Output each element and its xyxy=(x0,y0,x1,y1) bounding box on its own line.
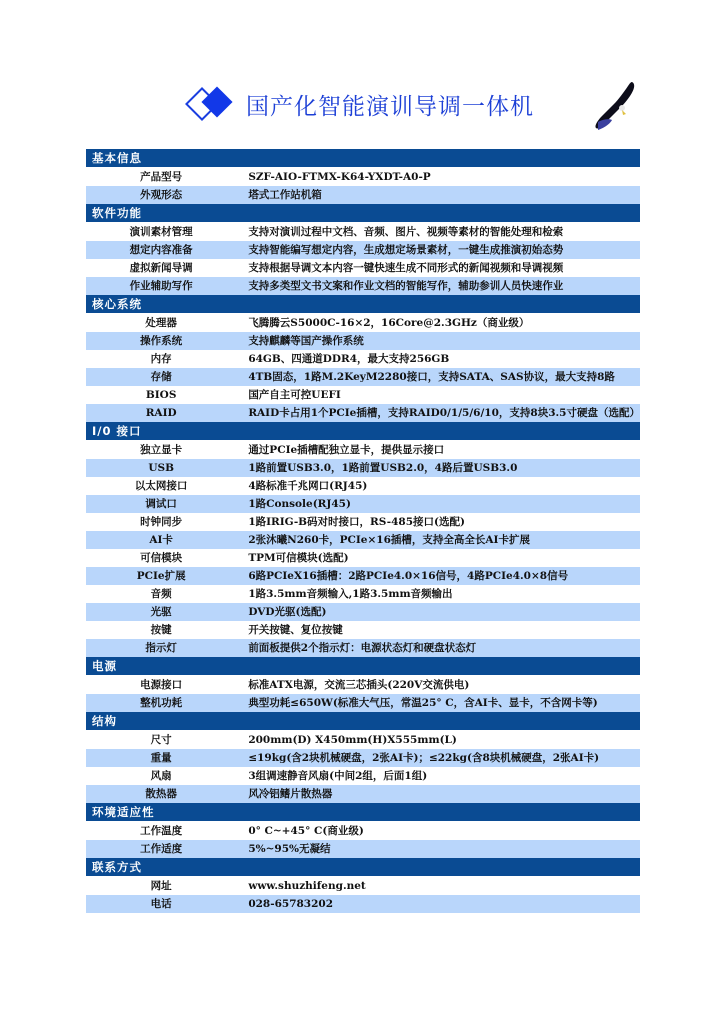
spec-key: 网址 xyxy=(86,877,236,896)
table-row: 外观形态塔式工作站机箱 xyxy=(86,186,640,204)
spec-key: 操作系统 xyxy=(86,332,236,350)
spec-key: AI卡 xyxy=(86,531,236,549)
spec-key: 想定内容准备 xyxy=(86,241,236,259)
table-row: 网址www.shuzhifeng.net xyxy=(86,877,640,896)
table-row: 整机功耗典型功耗≤650W(标准大气压，常温25° C，含AI卡、显卡，不含网卡… xyxy=(86,694,640,712)
spec-value: 前面板提供2个指示灯：电源状态灯和硬盘状态灯 xyxy=(236,639,640,657)
table-row: 演训素材管理支持对演训过程中文档、音频、图片、视频等素材的智能处理和检索 xyxy=(86,223,640,242)
spec-value: 开关按键、复位按键 xyxy=(236,621,640,639)
spec-key: 独立显卡 xyxy=(86,441,236,460)
spec-value: 支持麒麟等国产操作系统 xyxy=(236,332,640,350)
section-header: 环境适应性 xyxy=(86,803,640,822)
table-row: 尺寸200mm(D) X450mm(H)X555mm(L) xyxy=(86,731,640,750)
document-header: 国产化智能演训导调一体机 xyxy=(186,82,534,126)
spec-key: 以太网接口 xyxy=(86,477,236,495)
double-diamond-logo-icon xyxy=(186,86,238,122)
spec-key: 可信模块 xyxy=(86,549,236,567)
table-row: 电话028-65783202 xyxy=(86,895,640,913)
table-row: AI卡2张沐曦N260卡，PCIe×16插槽，支持全高全长AI卡扩展 xyxy=(86,531,640,549)
table-row: 指示灯前面板提供2个指示灯：电源状态灯和硬盘状态灯 xyxy=(86,639,640,657)
table-row: 虚拟新闻导调支持根据导调文本内容一键快速生成不同形式的新闻视频和导调视频 xyxy=(86,259,640,277)
spec-value: 0° C~+45° C(商业级) xyxy=(236,822,640,841)
table-row: 可信模块TPM可信模块(选配) xyxy=(86,549,640,567)
section-title: 结构 xyxy=(86,712,640,731)
spec-key: 演训素材管理 xyxy=(86,223,236,242)
table-row: USB1路前置USB3.0，1路前置USB2.0，4路后置USB3.0 xyxy=(86,459,640,477)
spec-key: 音频 xyxy=(86,585,236,603)
section-title: 电源 xyxy=(86,657,640,676)
spec-key: 散热器 xyxy=(86,785,236,803)
spec-key: 虚拟新闻导调 xyxy=(86,259,236,277)
table-row: 操作系统支持麒麟等国产操作系统 xyxy=(86,332,640,350)
spec-value: 支持智能编写想定内容，生成想定场景素材，一键生成推演初始态势 xyxy=(236,241,640,259)
spec-value: 028-65783202 xyxy=(236,895,640,913)
spec-key: 时钟同步 xyxy=(86,513,236,531)
table-row: PCIe扩展6路PCIeX16插槽：2路PCIe4.0×16信号，4路PCIe4… xyxy=(86,567,640,585)
spec-value: 200mm(D) X450mm(H)X555mm(L) xyxy=(236,731,640,750)
section-header: 电源 xyxy=(86,657,640,676)
spec-value: 通过PCIe插槽配独立显卡，提供显示接口 xyxy=(236,441,640,460)
section-title: 基本信息 xyxy=(86,149,640,168)
section-header: I/0 接口 xyxy=(86,422,640,441)
spec-value: 国产自主可控UEFI xyxy=(236,386,640,404)
table-row: 工作温度0° C~+45° C(商业级) xyxy=(86,822,640,841)
spec-value: 1路3.5mm音频输入,1路3.5mm音频输出 xyxy=(236,585,640,603)
spec-key: 风扇 xyxy=(86,767,236,785)
section-header: 软件功能 xyxy=(86,204,640,223)
spec-key: 工作温度 xyxy=(86,822,236,841)
table-row: 时钟同步1路IRIG-B码对时接口，RS-485接口(选配) xyxy=(86,513,640,531)
spec-key: 光驱 xyxy=(86,603,236,621)
table-row: 想定内容准备支持智能编写想定内容，生成想定场景素材，一键生成推演初始态势 xyxy=(86,241,640,259)
table-row: 以太网接口4路标准千兆网口(RJ45) xyxy=(86,477,640,495)
section-header: 基本信息 xyxy=(86,149,640,168)
table-row: 独立显卡通过PCIe插槽配独立显卡，提供显示接口 xyxy=(86,441,640,460)
table-row: 重量≤19kg(含2块机械硬盘，2张AI卡)；≤22kg(含8块机械硬盘，2张A… xyxy=(86,749,640,767)
spec-key: BIOS xyxy=(86,386,236,404)
spec-key: 电源接口 xyxy=(86,676,236,695)
spec-value: 4路标准千兆网口(RJ45) xyxy=(236,477,640,495)
spec-key: 产品型号 xyxy=(86,168,236,187)
table-row: 工作适度5%~95%无凝结 xyxy=(86,840,640,858)
table-row: 音频1路3.5mm音频输入,1路3.5mm音频输出 xyxy=(86,585,640,603)
spec-key: 工作适度 xyxy=(86,840,236,858)
spec-key: 电话 xyxy=(86,895,236,913)
spec-key: 处理器 xyxy=(86,314,236,333)
spec-key: 尺寸 xyxy=(86,731,236,750)
table-row: 散热器风冷铝鳍片散热器 xyxy=(86,785,640,803)
table-row: 内存64GB、四通道DDR4，最大支持256GB xyxy=(86,350,640,368)
section-title: 环境适应性 xyxy=(86,803,640,822)
spec-key: 存储 xyxy=(86,368,236,386)
spec-value: 64GB、四通道DDR4，最大支持256GB xyxy=(236,350,640,368)
table-row: 存储4TB固态，1路M.2KeyM2280接口，支持SATA、SAS协议，最大支… xyxy=(86,368,640,386)
spec-value: SZF-AIO-FTMX-K64-YXDT-A0-P xyxy=(236,168,640,187)
spec-key: PCIe扩展 xyxy=(86,567,236,585)
spec-key: 重量 xyxy=(86,749,236,767)
section-title: 核心系统 xyxy=(86,295,640,314)
spec-key: 整机功耗 xyxy=(86,694,236,712)
table-row: 光驱DVD光驱(选配) xyxy=(86,603,640,621)
section-title: 联系方式 xyxy=(86,858,640,877)
spec-value: ≤19kg(含2块机械硬盘，2张AI卡)；≤22kg(含8块机械硬盘，2张AI卡… xyxy=(236,749,640,767)
spec-key: 按键 xyxy=(86,621,236,639)
spec-key: 内存 xyxy=(86,350,236,368)
spec-value: 支持根据导调文本内容一键快速生成不同形式的新闻视频和导调视频 xyxy=(236,259,640,277)
spec-value: RAID卡占用1个PCIe插槽，支持RAID0/1/5/6/10，支持8块3.5… xyxy=(236,404,640,422)
table-row: 调试口1路Console(RJ45) xyxy=(86,495,640,513)
spec-value: 1路Console(RJ45) xyxy=(236,495,640,513)
spec-key: 指示灯 xyxy=(86,639,236,657)
spec-value: 1路前置USB3.0，1路前置USB2.0，4路后置USB3.0 xyxy=(236,459,640,477)
spec-value: 支持多类型文书文案和作业文档的智能写作，辅助参训人员快速作业 xyxy=(236,277,640,295)
table-row: 处理器飞腾腾云S5000C-16×2，16Core@2.3GHz（商业级） xyxy=(86,314,640,333)
page-title: 国产化智能演训导调一体机 xyxy=(246,88,534,121)
section-title: 软件功能 xyxy=(86,204,640,223)
spec-value: 5%~95%无凝结 xyxy=(236,840,640,858)
spec-value: www.shuzhifeng.net xyxy=(236,877,640,896)
table-row: RAIDRAID卡占用1个PCIe插槽，支持RAID0/1/5/6/10，支持8… xyxy=(86,404,640,422)
table-row: 按键开关按键、复位按键 xyxy=(86,621,640,639)
spec-value: TPM可信模块(选配) xyxy=(236,549,640,567)
spec-value: 风冷铝鳍片散热器 xyxy=(236,785,640,803)
spec-value: 2张沐曦N260卡，PCIe×16插槽，支持全高全长AI卡扩展 xyxy=(236,531,640,549)
section-header: 联系方式 xyxy=(86,858,640,877)
spec-value: 支持对演训过程中文档、音频、图片、视频等素材的智能处理和检索 xyxy=(236,223,640,242)
spec-key: 调试口 xyxy=(86,495,236,513)
spec-table: 基本信息产品型号SZF-AIO-FTMX-K64-YXDT-A0-P外观形态塔式… xyxy=(86,149,640,913)
table-row: BIOS国产自主可控UEFI xyxy=(86,386,640,404)
section-header: 结构 xyxy=(86,712,640,731)
spec-value: 典型功耗≤650W(标准大气压，常温25° C，含AI卡、显卡，不含网卡等) xyxy=(236,694,640,712)
section-header: 核心系统 xyxy=(86,295,640,314)
spec-value: 4TB固态，1路M.2KeyM2280接口，支持SATA、SAS协议，最大支持8… xyxy=(236,368,640,386)
spec-value: 1路IRIG-B码对时接口，RS-485接口(选配) xyxy=(236,513,640,531)
eagle-icon xyxy=(588,78,642,134)
spec-key: USB xyxy=(86,459,236,477)
spec-key: 作业辅助写作 xyxy=(86,277,236,295)
table-row: 电源接口标准ATX电源，交流三芯插头(220V交流供电) xyxy=(86,676,640,695)
spec-value: 3组调速静音风扇(中间2组，后面1组) xyxy=(236,767,640,785)
spec-value: 塔式工作站机箱 xyxy=(236,186,640,204)
spec-key: 外观形态 xyxy=(86,186,236,204)
spec-value: 标准ATX电源，交流三芯插头(220V交流供电) xyxy=(236,676,640,695)
spec-value: 飞腾腾云S5000C-16×2，16Core@2.3GHz（商业级） xyxy=(236,314,640,333)
spec-key: RAID xyxy=(86,404,236,422)
section-title: I/0 接口 xyxy=(86,422,640,441)
table-row: 风扇3组调速静音风扇(中间2组，后面1组) xyxy=(86,767,640,785)
spec-value: 6路PCIeX16插槽：2路PCIe4.0×16信号，4路PCIe4.0×8信号 xyxy=(236,567,640,585)
spec-value: DVD光驱(选配) xyxy=(236,603,640,621)
table-row: 产品型号SZF-AIO-FTMX-K64-YXDT-A0-P xyxy=(86,168,640,187)
table-row: 作业辅助写作支持多类型文书文案和作业文档的智能写作，辅助参训人员快速作业 xyxy=(86,277,640,295)
